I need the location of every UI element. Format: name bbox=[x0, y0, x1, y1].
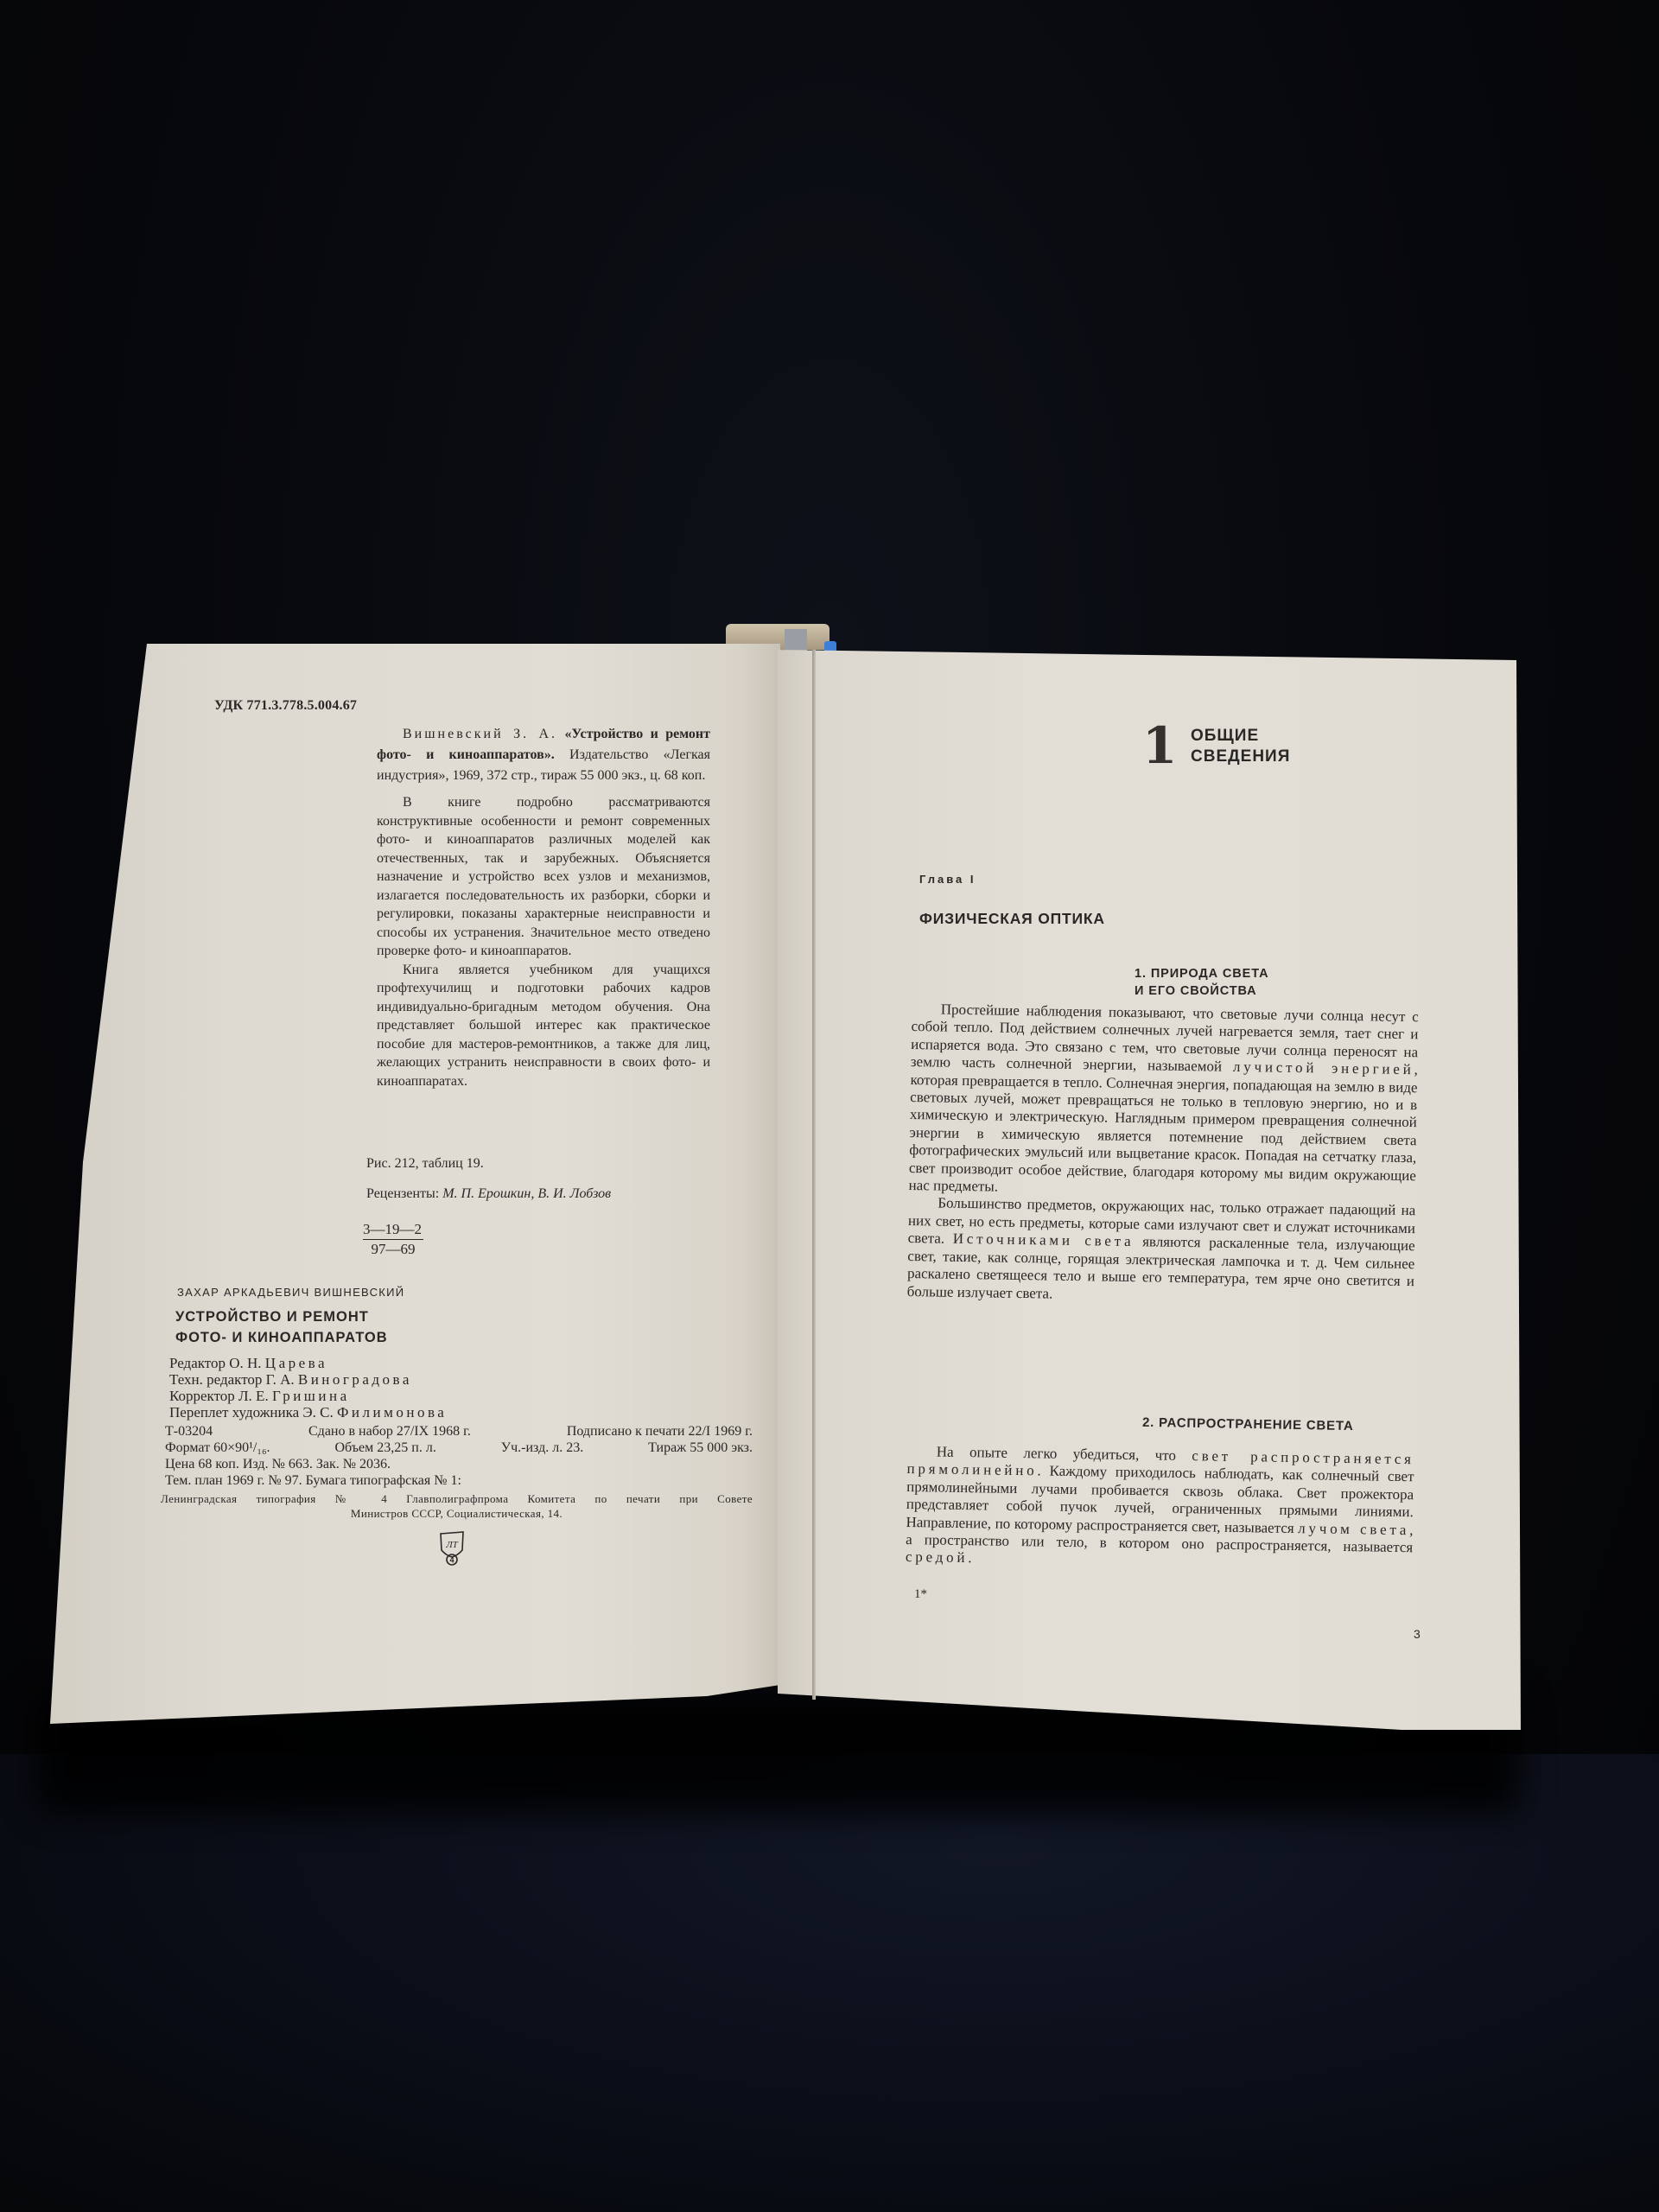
imprint-field: Сдано в набор 27/IX 1968 г. bbox=[308, 1423, 471, 1440]
text-run: , которая превращается в тепло. Солнечна… bbox=[908, 1061, 1417, 1194]
print-imprint: Т-03204 Сдано в набор 27/IX 1968 г. Подп… bbox=[165, 1423, 753, 1489]
body-paragraph: Простейшие наблюдения показывают, что св… bbox=[908, 1001, 1418, 1203]
staff-name: Гришина bbox=[272, 1388, 350, 1404]
chapter-title: ФИЗИЧЕСКАЯ ОПТИКА bbox=[919, 910, 1105, 928]
printer-logo-icon: ЛТ 4 bbox=[439, 1531, 465, 1567]
book-title-line: УСТРОЙСТВО И РЕМОНТ bbox=[175, 1306, 388, 1327]
section-heading: 1. ПРИРОДА СВЕТА И ЕГО СВОЙСТВА bbox=[1135, 965, 1268, 1000]
catalog-code: 3—19—2 97—69 bbox=[363, 1221, 423, 1258]
staff-role: Корректор Л. Е. bbox=[169, 1388, 269, 1404]
imprint-field: Т-03204 bbox=[165, 1423, 213, 1440]
imprint-row: Формат 60×90¹/₁₆. Объем 23,25 п. л. Уч.-… bbox=[165, 1440, 753, 1456]
book-title: УСТРОЙСТВО И РЕМОНТ ФОТО- И КИНОАППАРАТО… bbox=[175, 1306, 388, 1348]
part-title-line: ОБЩИЕ bbox=[1191, 726, 1290, 747]
annotation-paragraph: Книга является учебником для учащихся пр… bbox=[377, 961, 710, 1091]
signature-mark: 1* bbox=[914, 1587, 927, 1602]
staff-line: Переплет художника Э. С. Филимонова bbox=[169, 1404, 447, 1421]
text-run: . bbox=[968, 1550, 972, 1567]
spaced-term: лучом света bbox=[1298, 1520, 1409, 1538]
figures-count: Рис. 212, таблиц 19. bbox=[366, 1156, 484, 1172]
logo-letters: ЛТ bbox=[445, 1540, 458, 1550]
imprint-field: Тираж 55 000 экз. bbox=[648, 1440, 753, 1456]
annotation-paragraph: В книге подробно рассматриваются констру… bbox=[377, 793, 710, 961]
chapter-label: Глава I bbox=[919, 873, 976, 886]
reviewers: Рецензенты: М. П. Ерошкин, В. И. Лобзов bbox=[366, 1186, 611, 1202]
reviewers-names: М. П. Ерошкин, В. И. Лобзов bbox=[442, 1186, 611, 1201]
body-paragraph: На опыте легко убедиться, что свет распр… bbox=[906, 1443, 1414, 1574]
section-body: На опыте легко убедиться, что свет распр… bbox=[906, 1443, 1414, 1574]
staff-line: Корректор Л. Е. Гришина bbox=[169, 1388, 447, 1404]
imprint-field: Формат 60×90¹/₁₆. bbox=[165, 1440, 270, 1456]
staff-role: Техн. редактор Г. А. bbox=[169, 1371, 295, 1388]
body-paragraph: Большинство предметов, окружающих нас, т… bbox=[907, 1194, 1416, 1308]
printer-line: Министров СССР, Социалистическая, 14. bbox=[161, 1506, 753, 1521]
imprint-field: Уч.-изд. л. 23. bbox=[501, 1440, 583, 1456]
staff-role: Редактор О. Н. bbox=[169, 1355, 262, 1371]
staff-name: Филимонова bbox=[337, 1404, 447, 1421]
bibliographic-entry: Вишневский З. А. «Устройство и ремонт фо… bbox=[377, 724, 710, 786]
imprint-field: Объем 23,25 п. л. bbox=[334, 1440, 435, 1456]
imprint-row: Цена 68 коп. Изд. № 663. Зак. № 2036. bbox=[165, 1456, 753, 1472]
printer-line: Ленинградская типография № 4 Главполигра… bbox=[161, 1491, 753, 1506]
section-body: Простейшие наблюдения показывают, что св… bbox=[907, 1001, 1419, 1308]
page-number: 3 bbox=[1414, 1627, 1421, 1641]
bib-author: Вишневский З. А. bbox=[403, 727, 557, 741]
udk-code: УДК 771.3.778.5.004.67 bbox=[214, 698, 357, 714]
text-run: На опыте легко убедиться, что bbox=[937, 1444, 1192, 1465]
imprint-row: Тем. план 1969 г. № 97. Бумага типографс… bbox=[165, 1472, 753, 1489]
section-heading-line: 1. ПРИРОДА СВЕТА bbox=[1135, 965, 1268, 982]
spaced-term: средой bbox=[906, 1548, 969, 1566]
book-gutter bbox=[812, 650, 816, 1700]
part-title-line: СВЕДЕНИЯ bbox=[1191, 747, 1290, 767]
staff-line: Редактор О. Н. Царева bbox=[169, 1355, 447, 1371]
staff-line: Техн. редактор Г. А. Виноградова bbox=[169, 1371, 447, 1388]
printer-info: Ленинградская типография № 4 Главполигра… bbox=[161, 1491, 753, 1521]
logo-number: 4 bbox=[449, 1556, 454, 1565]
catalog-code-numerator: 3—19—2 bbox=[363, 1221, 423, 1240]
spaced-term: Источниками света bbox=[953, 1230, 1135, 1249]
spine-tape bbox=[785, 629, 807, 652]
part-number: 1 bbox=[1142, 721, 1177, 771]
spaced-term: лучистой энергией bbox=[1233, 1058, 1414, 1077]
imprint-field: Подписано к печати 22/I 1969 г. bbox=[567, 1423, 753, 1440]
author-full-name: ЗАХАР АРКАДЬЕВИЧ ВИШНЕВСКИЙ bbox=[177, 1286, 404, 1299]
section-heading-line: И ЕГО СВОЙСТВА bbox=[1135, 982, 1268, 1000]
reviewers-label: Рецензенты: bbox=[366, 1186, 439, 1201]
staff-role: Переплет художника Э. С. bbox=[169, 1404, 334, 1421]
catalog-code-denominator: 97—69 bbox=[363, 1240, 423, 1258]
annotation: В книге подробно рассматриваются констру… bbox=[377, 793, 710, 1090]
background-cloth bbox=[0, 1754, 1659, 2212]
staff-name: Виноградова bbox=[298, 1371, 412, 1388]
staff-name: Царева bbox=[265, 1355, 327, 1371]
part-title: ОБЩИЕ СВЕДЕНИЯ bbox=[1191, 726, 1290, 767]
staff-credits: Редактор О. Н. Царева Техн. редактор Г. … bbox=[169, 1355, 447, 1421]
imprint-row: Т-03204 Сдано в набор 27/IX 1968 г. Подп… bbox=[165, 1423, 753, 1440]
book-title-line: ФОТО- И КИНОАППАРАТОВ bbox=[175, 1327, 388, 1348]
